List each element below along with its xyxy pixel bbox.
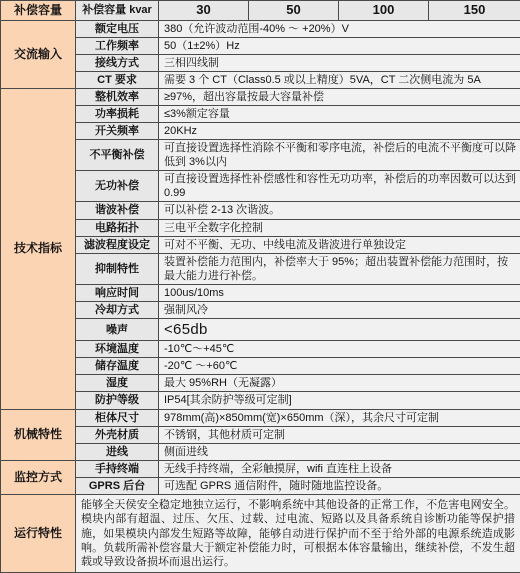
capacity-column-50: 50 [249,1,339,21]
param-label: 工作频率 [76,37,159,54]
table-row: 环境温度-10℃～+45℃ [1,341,520,358]
table-row: 监控方式手持终端无线手持终端，全彩触摸屏，wifi 直连柱上设备 [1,460,520,477]
param-label: 外壳材质 [76,426,159,443]
table-row: 湿度最大 95%RH（无凝露） [1,375,520,392]
param-value: 强制风冷 [159,301,520,318]
table-row: CT 要求需要 3 个 CT（Class0.5 或以上精度）5VA，CT 二次侧… [1,71,520,88]
param-label: GPRS 后台 [76,477,159,494]
param-label: 接线方式 [76,54,159,71]
header-category-label: 补偿容量 [1,1,76,21]
param-label: 谐波补偿 [76,202,159,219]
param-value: 380（允许波动范围-40% ～ +20%）V [159,20,520,37]
param-label: 湿度 [76,375,159,392]
param-value: 50（1±2%）Hz [159,37,520,54]
param-label: 防护等级 [76,392,159,409]
param-label: CT 要求 [76,71,159,88]
param-value: ≤3%额定容量 [159,106,520,123]
param-label: 环境温度 [76,341,159,358]
param-label: 手持终端 [76,460,159,477]
header-row: 补偿容量 补偿容量 kvar 30 50 100 150 [1,1,520,21]
table-row: 滤波程度设定可对不平衡、无功、中线电流及谐波进行单独设定 [1,236,520,253]
table-row: 技术指标整机效率≥97%，超出容量按最大容量补偿 [1,88,520,105]
table-row: 谐波补偿可以补偿 2-13 次谐波。 [1,202,520,219]
param-value: 可对不平衡、无功、中线电流及谐波进行单独设定 [159,236,520,253]
param-value: 装置补偿能力范围内，补偿率大于 95%；超出装置补偿能力范围时，按最大能力进行补… [159,253,520,284]
table-row: 交流输入额定电压380（允许波动范围-40% ～ +20%）V [1,20,520,37]
capacity-column-150: 150 [429,1,520,21]
capacity-column-30: 30 [159,1,249,21]
param-label: 整机效率 [76,88,159,105]
param-value: 不锈钢，其他材质可定制 [159,426,520,443]
param-value: 三相四线制 [159,54,520,71]
table-row: 不平衡补偿可直接设置选择性消除不平衡和零序电流，补偿后的电流不平衡度可以降低到 … [1,140,520,171]
param-label: 柜体尺寸 [76,409,159,426]
param-value: 三电平全数字化控制 [159,219,520,236]
section-label: 机械特性 [1,409,76,460]
param-value: 最大 95%RH（无凝露） [159,375,520,392]
table-row: 功率损耗≤3%额定容量 [1,106,520,123]
table-row: 接线方式三相四线制 [1,54,520,71]
table-row: 噪声<65db [1,319,520,341]
param-label: 额定电压 [76,20,159,37]
param-label: 无功补偿 [76,171,159,202]
table-row: 进线侧面进线 [1,443,520,460]
param-label: 功率损耗 [76,106,159,123]
spec-table: 补偿容量 补偿容量 kvar 30 50 100 150 交流输入额定电压380… [0,0,520,573]
param-value: -20℃ ～+60℃ [159,358,520,375]
param-label: 不平衡补偿 [76,140,159,171]
param-value: IP54[其余防护等级可定制] [159,392,520,409]
table-row: GPRS 后台可选配 GPRS 通信附件，随时随地监控设备。 [1,477,520,494]
table-row: 抑制特性装置补偿能力范围内，补偿率大于 95%；超出装置补偿能力范围时，按最大能… [1,253,520,284]
param-value: 可以补偿 2-13 次谐波。 [159,202,520,219]
param-label: 冷却方式 [76,301,159,318]
param-value: ≥97%，超出容量按最大容量补偿 [159,88,520,105]
param-label: 抑制特性 [76,253,159,284]
param-value: -10℃～+45℃ [159,341,520,358]
param-value: 可直接设置选择性补偿感性和容性无功功率，补偿后的功率因数可以达到 0.99 [159,171,520,202]
spec-table-body: 补偿容量 补偿容量 kvar 30 50 100 150 交流输入额定电压380… [1,1,520,573]
param-value: 20KHz [159,123,520,140]
param-value: 需要 3 个 CT（Class0.5 或以上精度）5VA，CT 二次侧电流为 5… [159,71,520,88]
section-label: 监控方式 [1,460,76,494]
table-row: 机械特性柜体尺寸978mm(高)×850mm(宽)×650mm（深），其余尺寸可… [1,409,520,426]
param-label: 滤波程度设定 [76,236,159,253]
table-row: 冷却方式强制风冷 [1,301,520,318]
param-value: <65db [159,319,520,341]
spec-sheet: 补偿容量 补偿容量 kvar 30 50 100 150 交流输入额定电压380… [0,0,520,573]
table-row: 工作频率50（1±2%）Hz [1,37,520,54]
param-label: 响应时间 [76,284,159,301]
param-label: 开关频率 [76,123,159,140]
table-row: 防护等级IP54[其余防护等级可定制] [1,392,520,409]
table-row: 储存温度-20℃ ～+60℃ [1,358,520,375]
table-row: 外壳材质不锈钢，其他材质可定制 [1,426,520,443]
header-param-label: 补偿容量 kvar [76,1,159,21]
param-value: 无线手持终端，全彩触摸屏，wifi 直连柱上设备 [159,460,520,477]
section-paragraph: 能够全天侯安全稳定地独立运行，不影响系统中其他设备的正常工作，不危害电网安全。模… [76,494,520,572]
param-label: 储存温度 [76,358,159,375]
section-label: 运行特性 [1,494,76,572]
section-label: 交流输入 [1,20,76,88]
param-value: 可选配 GPRS 通信附件，随时随地监控设备。 [159,477,520,494]
param-label: 噪声 [76,319,159,341]
table-row: 开关频率20KHz [1,123,520,140]
table-row: 无功补偿可直接设置选择性补偿感性和容性无功功率，补偿后的功率因数可以达到 0.9… [1,171,520,202]
param-value: 978mm(高)×850mm(宽)×650mm（深），其余尺寸可定制 [159,409,520,426]
param-value: 100us/10ms [159,284,520,301]
capacity-column-100: 100 [339,1,429,21]
param-label: 进线 [76,443,159,460]
param-value: 侧面进线 [159,443,520,460]
section-label: 技术指标 [1,88,76,409]
table-row: 运行特性能够全天侯安全稳定地独立运行，不影响系统中其他设备的正常工作，不危害电网… [1,494,520,572]
param-value: 可直接设置选择性消除不平衡和零序电流，补偿后的电流不平衡度可以降低到 3%以内 [159,140,520,171]
param-label: 电路拓扑 [76,219,159,236]
table-row: 电路拓扑三电平全数字化控制 [1,219,520,236]
table-row: 响应时间100us/10ms [1,284,520,301]
